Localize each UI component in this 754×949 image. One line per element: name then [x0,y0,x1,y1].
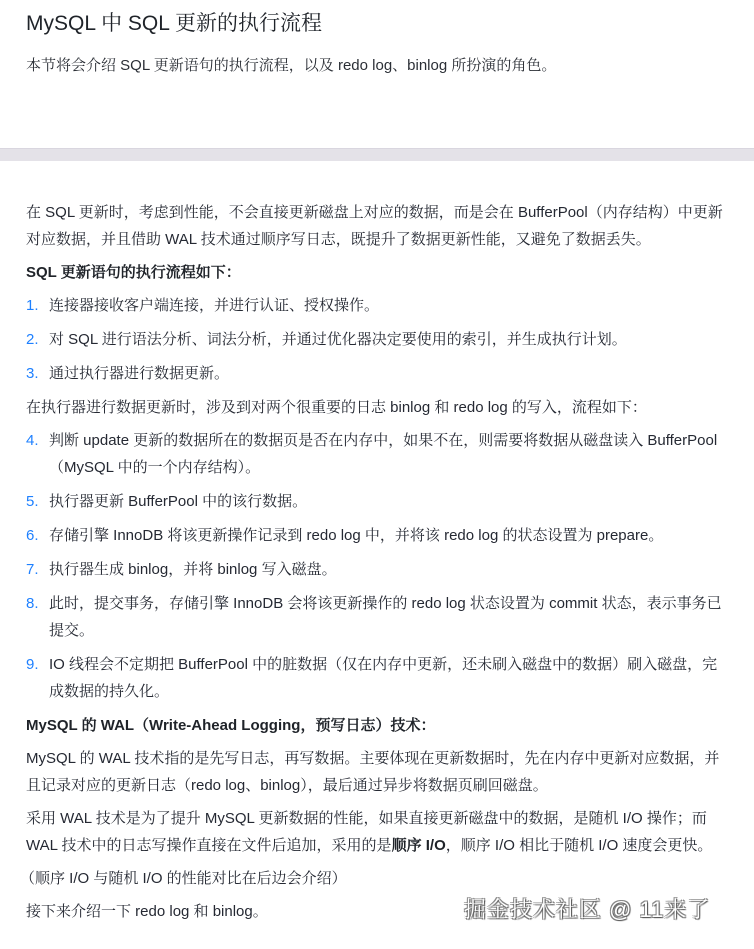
list-item: 8. 此时，提交事务，存储引擎 InnoDB 会将该更新操作的 redo log… [26,590,728,644]
step-text: IO 线程会不定期把 BufferPool 中的脏数据（仅在内存中更新，还未刷入… [49,651,728,705]
step-number: 8. [26,590,49,644]
wal-description: MySQL 的 WAL 技术指的是先写日志，再写数据。主要体现在更新数据时，先在… [26,745,728,799]
intro-paragraph: 在 SQL 更新时，考虑到性能，不会直接更新磁盘上对应的数据，而是会在 Buff… [26,199,728,253]
article-body: 在 SQL 更新时，考虑到性能，不会直接更新磁盘上对应的数据，而是会在 Buff… [0,161,754,925]
watermark: 掘金技术社区 @ 11来了 [464,893,710,924]
step-text: 连接器接收客户端连接，并进行认证、授权操作。 [49,292,728,319]
list-item: 4. 判断 update 更新的数据所在的数据页是否在内存中，如果不在，则需要将… [26,427,728,481]
list-item: 6. 存储引擎 InnoDB 将该更新操作记录到 redo log 中，并将该 … [26,522,728,549]
list-item: 1. 连接器接收客户端连接，并进行认证、授权操作。 [26,292,728,319]
list-item: 9. IO 线程会不定期把 BufferPool 中的脏数据（仅在内存中更新，还… [26,651,728,705]
section-divider [0,148,754,161]
step-number: 9. [26,651,49,705]
step-number: 3. [26,360,49,387]
step-text: 存储引擎 InnoDB 将该更新操作记录到 redo log 中，并将该 red… [49,522,728,549]
page-title: MySQL 中 SQL 更新的执行流程 [26,8,728,40]
wal-heading: MySQL 的 WAL（Write-Ahead Logging，预写日志）技术： [26,712,728,739]
list-item: 5. 执行器更新 BufferPool 中的该行数据。 [26,488,728,515]
step-text: 对 SQL 进行语法分析、词法分析，并通过优化器决定要使用的索引，并生成执行计划… [49,326,728,353]
io-note: （顺序 I/O 与随机 I/O 的性能对比在后边会介绍） [20,865,728,892]
article-header: MySQL 中 SQL 更新的执行流程 本节将会介绍 SQL 更新语句的执行流程… [0,0,754,148]
flow-heading: SQL 更新语句的执行流程如下： [26,259,728,286]
list-item: 7. 执行器生成 binlog，并将 binlog 写入磁盘。 [26,556,728,583]
step-number: 4. [26,427,49,481]
step-text: 判断 update 更新的数据所在的数据页是否在内存中，如果不在，则需要将数据从… [49,427,728,481]
step-number: 7. [26,556,49,583]
steps-list-b: 4. 判断 update 更新的数据所在的数据页是否在内存中，如果不在，则需要将… [26,427,728,705]
list-item: 2. 对 SQL 进行语法分析、词法分析，并通过优化器决定要使用的索引，并生成执… [26,326,728,353]
sequential-io-emphasis: 顺序 I/O [392,837,446,854]
step-number: 1. [26,292,49,319]
step-text: 通过执行器进行数据更新。 [49,360,728,387]
step-text: 执行器生成 binlog，并将 binlog 写入磁盘。 [49,556,728,583]
wal-reason-text-end: ，顺序 I/O 相比于随机 I/O 速度会更快。 [446,837,713,854]
page-subtitle: 本节将会介绍 SQL 更新语句的执行流程，以及 redo log、binlog … [26,54,728,78]
steps-list-a: 1. 连接器接收客户端连接，并进行认证、授权操作。 2. 对 SQL 进行语法分… [26,292,728,387]
step-number: 2. [26,326,49,353]
list-item: 3. 通过执行器进行数据更新。 [26,360,728,387]
executor-note: 在执行器进行数据更新时，涉及到对两个很重要的日志 binlog 和 redo l… [26,394,728,421]
step-number: 5. [26,488,49,515]
step-number: 6. [26,522,49,549]
wal-reason: 采用 WAL 技术是为了提升 MySQL 更新数据的性能，如果直接更新磁盘中的数… [26,805,728,859]
step-text: 此时，提交事务，存储引擎 InnoDB 会将该更新操作的 redo log 状态… [49,590,728,644]
step-text: 执行器更新 BufferPool 中的该行数据。 [49,488,728,515]
